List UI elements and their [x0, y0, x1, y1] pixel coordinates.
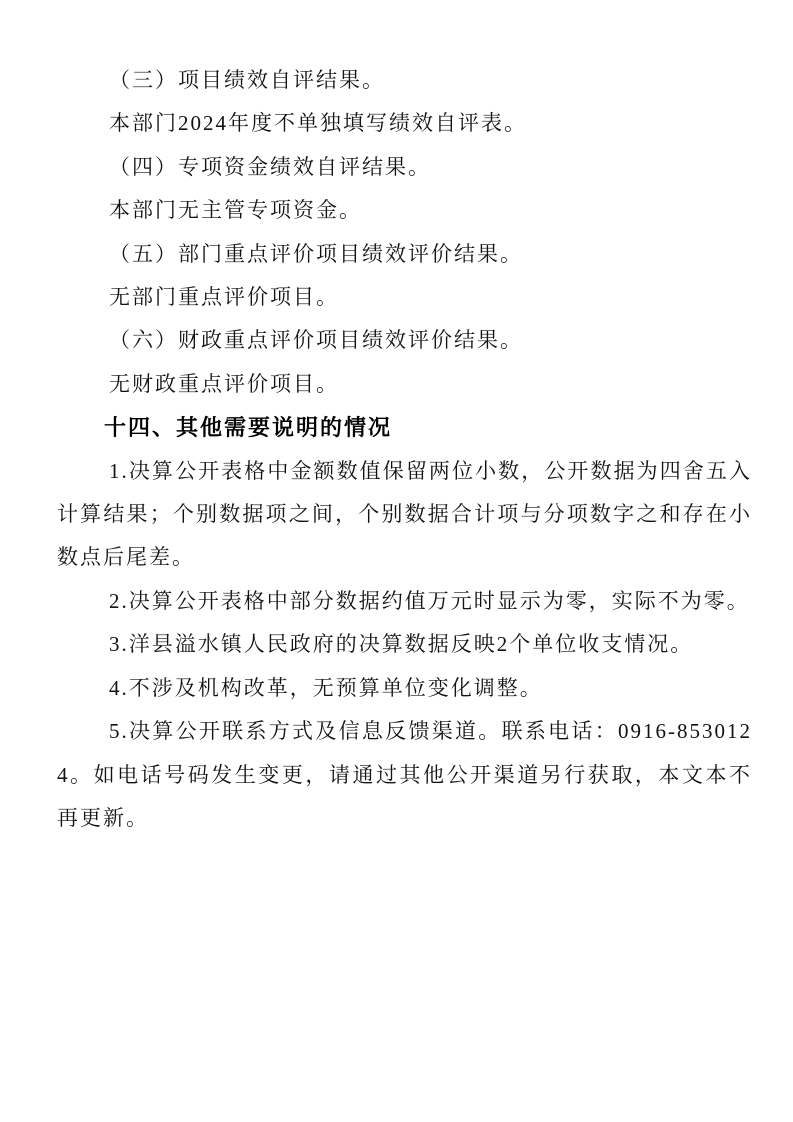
subsection-heading-department-key-evaluation: （五）部门重点评价项目绩效评价结果。	[57, 233, 752, 276]
paragraph-note-3-units-covered: 3.洋县溢水镇人民政府的决算数据反映2个单位收支情况。	[57, 623, 752, 666]
paragraph-no-separate-self-evaluation-form: 本部门2024年度不单独填写绩效自评表。	[57, 102, 752, 145]
subsection-heading-project-performance-self-evaluation: （三）项目绩效自评结果。	[57, 59, 752, 102]
paragraph-note-4-no-restructuring: 4.不涉及机构改革，无预算单位变化调整。	[57, 667, 752, 710]
subsection-heading-finance-key-evaluation: （六）财政重点评价项目绩效评价结果。	[57, 319, 752, 362]
paragraph-no-special-funds: 本部门无主管专项资金。	[57, 189, 752, 232]
paragraph-note-5-contact-phone: 5.决算公开联系方式及信息反馈渠道。联系电话：0916-8530124。如电话号…	[57, 710, 752, 840]
document-content: （三）项目绩效自评结果。 本部门2024年度不单独填写绩效自评表。 （四）专项资…	[57, 59, 752, 840]
document-page: （三）项目绩效自评结果。 本部门2024年度不单独填写绩效自评表。 （四）专项资…	[0, 0, 793, 1122]
paragraph-no-department-key-projects: 无部门重点评价项目。	[57, 276, 752, 319]
paragraph-no-finance-key-projects: 无财政重点评价项目。	[57, 363, 752, 406]
paragraph-note-2-display-zero: 2.决算公开表格中部分数据约值万元时显示为零，实际不为零。	[57, 580, 752, 623]
subsection-heading-special-fund-self-evaluation: （四）专项资金绩效自评结果。	[57, 146, 752, 189]
paragraph-note-1-rounding: 1.决算公开表格中金额数值保留两位小数，公开数据为四舍五入计算结果；个别数据项之…	[57, 450, 752, 580]
section-heading-other-notes: 十四、其他需要说明的情况	[57, 406, 752, 449]
